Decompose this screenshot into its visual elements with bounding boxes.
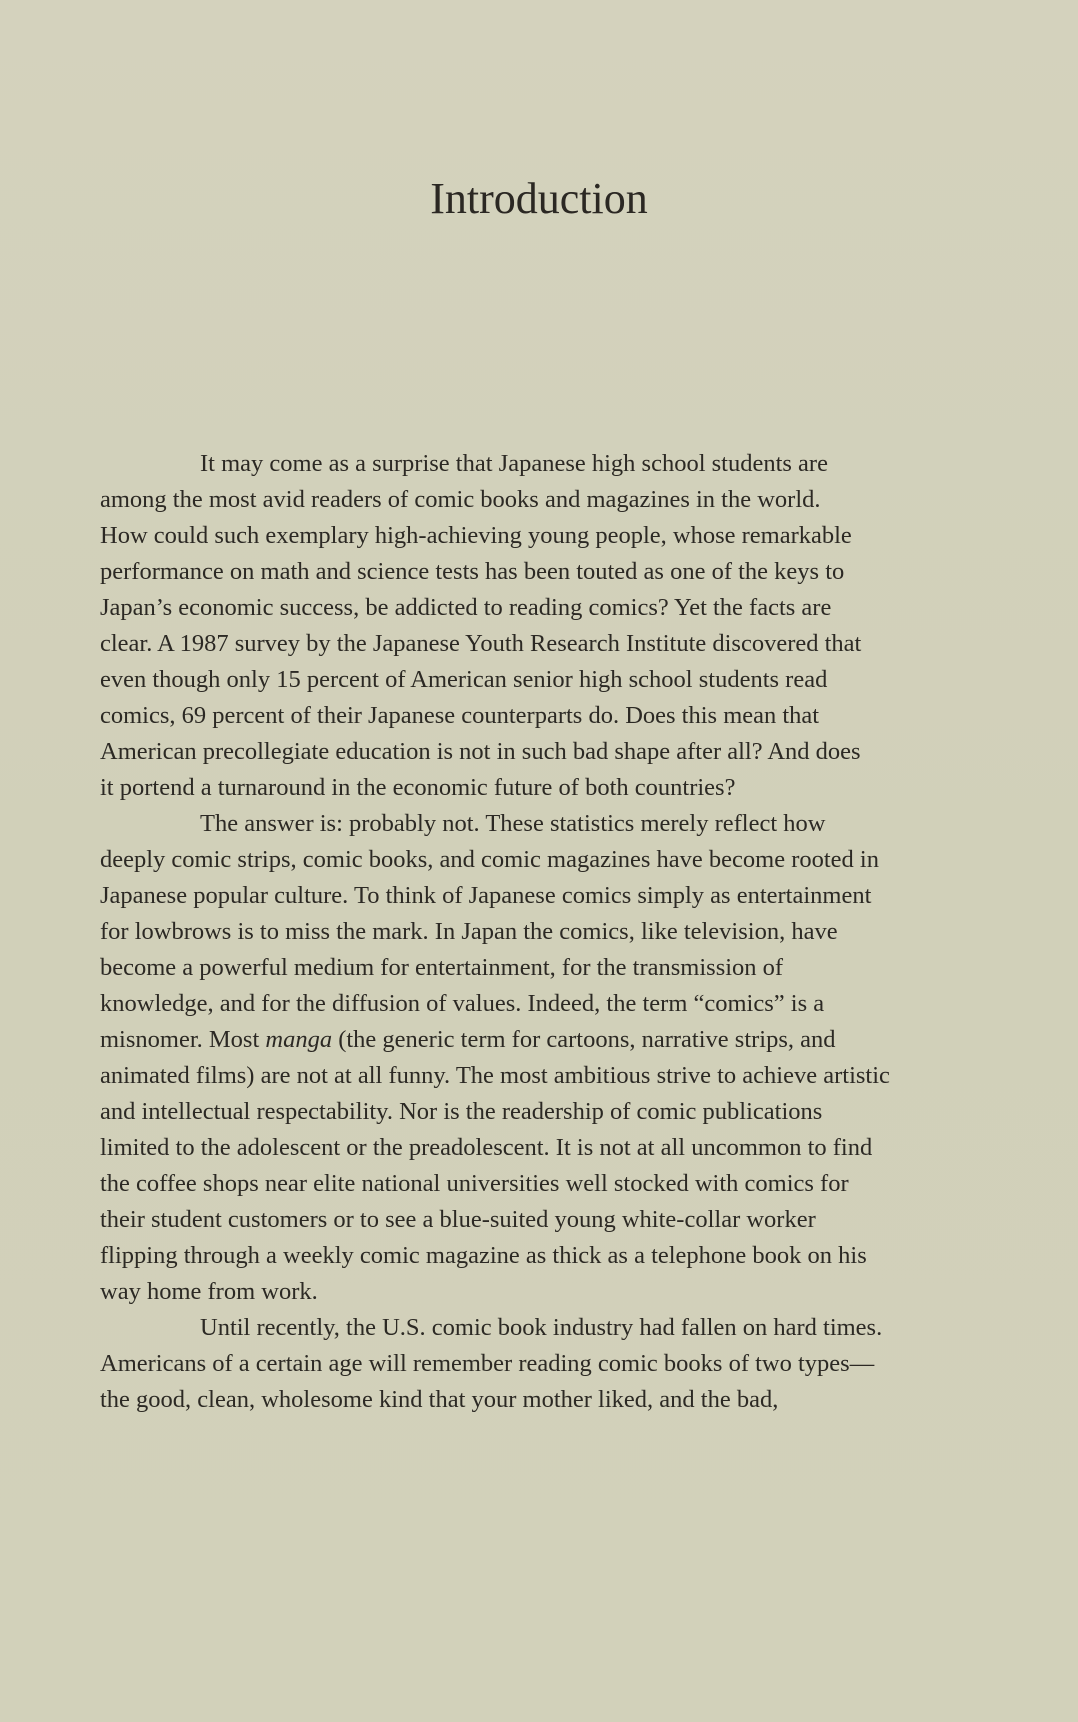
text-line: clear. A 1987 survey by the Japanese You… [100, 626, 980, 662]
text-line: their student customers or to see a blue… [100, 1202, 980, 1238]
text-line: The answer is: probably not. These stati… [100, 806, 980, 842]
text-line: American precollegiate education is not … [100, 734, 980, 770]
text-line: deeply comic strips, comic books, and co… [100, 842, 980, 878]
text-line: Japanese popular culture. To think of Ja… [100, 878, 980, 914]
text-fragment: misnomer. Most [100, 1026, 265, 1053]
text-line: performance on math and science tests ha… [100, 554, 980, 590]
text-line: comics, 69 percent of their Japanese cou… [100, 698, 980, 734]
chapter-title: Introduction [0, 173, 1078, 224]
text-line: for lowbrows is to miss the mark. In Jap… [100, 914, 980, 950]
text-line: Japan’s economic success, be addicted to… [100, 590, 980, 626]
text-line: Until recently, the U.S. comic book indu… [100, 1310, 980, 1346]
text-line: knowledge, and for the diffusion of valu… [100, 986, 980, 1022]
text-line: limited to the adolescent or the preadol… [100, 1130, 980, 1166]
book-page: Introduction It may come as a surprise t… [0, 0, 1078, 1722]
text-line: even though only 15 percent of American … [100, 662, 980, 698]
text-line: way home from work. [100, 1274, 980, 1310]
chapter-body: It may come as a surprise that Japanese … [100, 446, 980, 1418]
text-line: the coffee shops near elite national uni… [100, 1166, 980, 1202]
italic-term-manga: manga [265, 1026, 332, 1053]
text-line: Americans of a certain age will remember… [100, 1346, 980, 1382]
text-line: the good, clean, wholesome kind that you… [100, 1382, 980, 1418]
text-line: it portend a turnaround in the economic … [100, 770, 980, 806]
text-line: flipping through a weekly comic magazine… [100, 1238, 980, 1274]
text-line-manga: misnomer. Most manga (the generic term f… [100, 1022, 980, 1058]
text-line: animated films) are not at all funny. Th… [100, 1058, 980, 1094]
text-line: and intellectual respectability. Nor is … [100, 1094, 980, 1130]
text-fragment: (the generic term for cartoons, narrativ… [332, 1026, 835, 1053]
text-line: It may come as a surprise that Japanese … [100, 446, 980, 482]
text-line: among the most avid readers of comic boo… [100, 482, 980, 518]
text-line: become a powerful medium for entertainme… [100, 950, 980, 986]
paragraph-3: Until recently, the U.S. comic book indu… [100, 1310, 980, 1418]
paragraph-1: It may come as a surprise that Japanese … [100, 446, 980, 806]
text-line: How could such exemplary high-achieving … [100, 518, 980, 554]
paragraph-2: The answer is: probably not. These stati… [100, 806, 980, 1310]
